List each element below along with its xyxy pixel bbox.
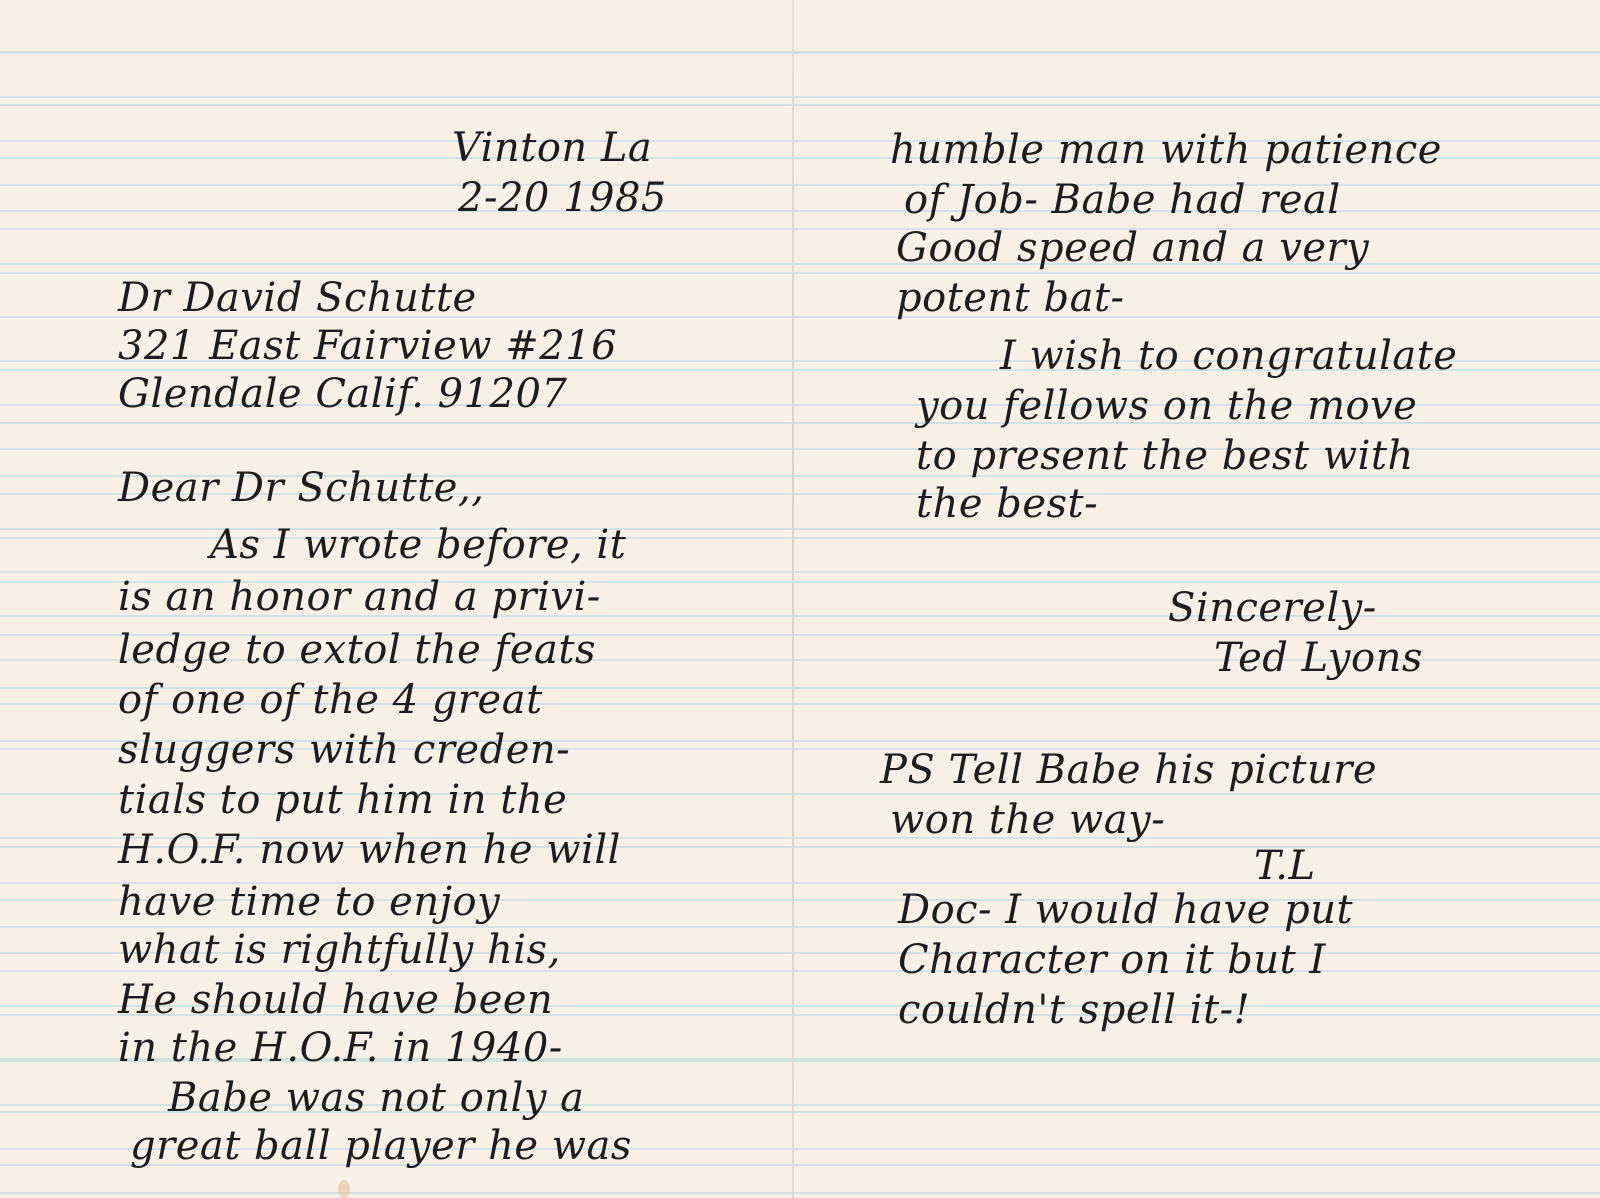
right-page: humble man with patience of Job- Babe ha… [794, 0, 1600, 1198]
body-line: Good speed and a very [896, 228, 1369, 268]
body-line: sluggers with creden- [118, 730, 570, 770]
body-line: what is rightfully his, [118, 930, 561, 970]
address-line-street: 321 East Fairview #216 [118, 326, 617, 366]
heading-date: 2-20 1985 [458, 178, 667, 218]
body-line: the best- [916, 484, 1098, 524]
postscript-line: won the way- [890, 800, 1165, 840]
body-line: to present the best with [916, 436, 1414, 476]
body-line: He should have been [118, 980, 553, 1020]
body-line: in the H.O.F. in 1940- [118, 1028, 563, 1068]
body-line: tials to put him in the [118, 780, 567, 820]
address-line-city: Glendale Calif. 91207 [118, 374, 567, 414]
postscript-line: PS Tell Babe his picture [880, 750, 1377, 790]
closing: Sincerely- [1168, 588, 1377, 628]
body-line: H.O.F. now when he will [118, 830, 621, 870]
body-line: you fellows on the move [916, 386, 1417, 426]
signature: Ted Lyons [1214, 638, 1423, 678]
heading-place: Vinton La [452, 128, 652, 168]
note-line: Character on it but I [898, 940, 1326, 980]
body-line: humble man with patience [890, 130, 1442, 170]
body-line: of one of the 4 great [118, 680, 543, 720]
letter-sheet: Vinton La 2-20 1985 Dr David Schutte 321… [0, 0, 1600, 1198]
salutation: Dear Dr Schutte,, [118, 468, 484, 508]
body-line: have time to enjoy [118, 882, 500, 922]
body-line: of Job- Babe had real [904, 180, 1341, 220]
ps-initials: T.L [1254, 846, 1316, 886]
body-line: is an honor and a privi- [118, 577, 601, 617]
body-line: great ball player he was [130, 1126, 632, 1166]
body-line: I wish to congratulate [1000, 336, 1457, 376]
body-line: potent bat- [896, 278, 1125, 318]
body-line: As I wrote before, it [210, 525, 626, 565]
paper-stain [338, 1180, 350, 1198]
body-line: ledge to extol the feats [118, 630, 596, 670]
left-page: Vinton La 2-20 1985 Dr David Schutte 321… [0, 0, 792, 1198]
address-line-name: Dr David Schutte [118, 278, 477, 318]
note-line: couldn't spell it-! [898, 990, 1250, 1030]
note-line: Doc- I would have put [898, 890, 1353, 930]
body-line: Babe was not only a [168, 1078, 585, 1118]
